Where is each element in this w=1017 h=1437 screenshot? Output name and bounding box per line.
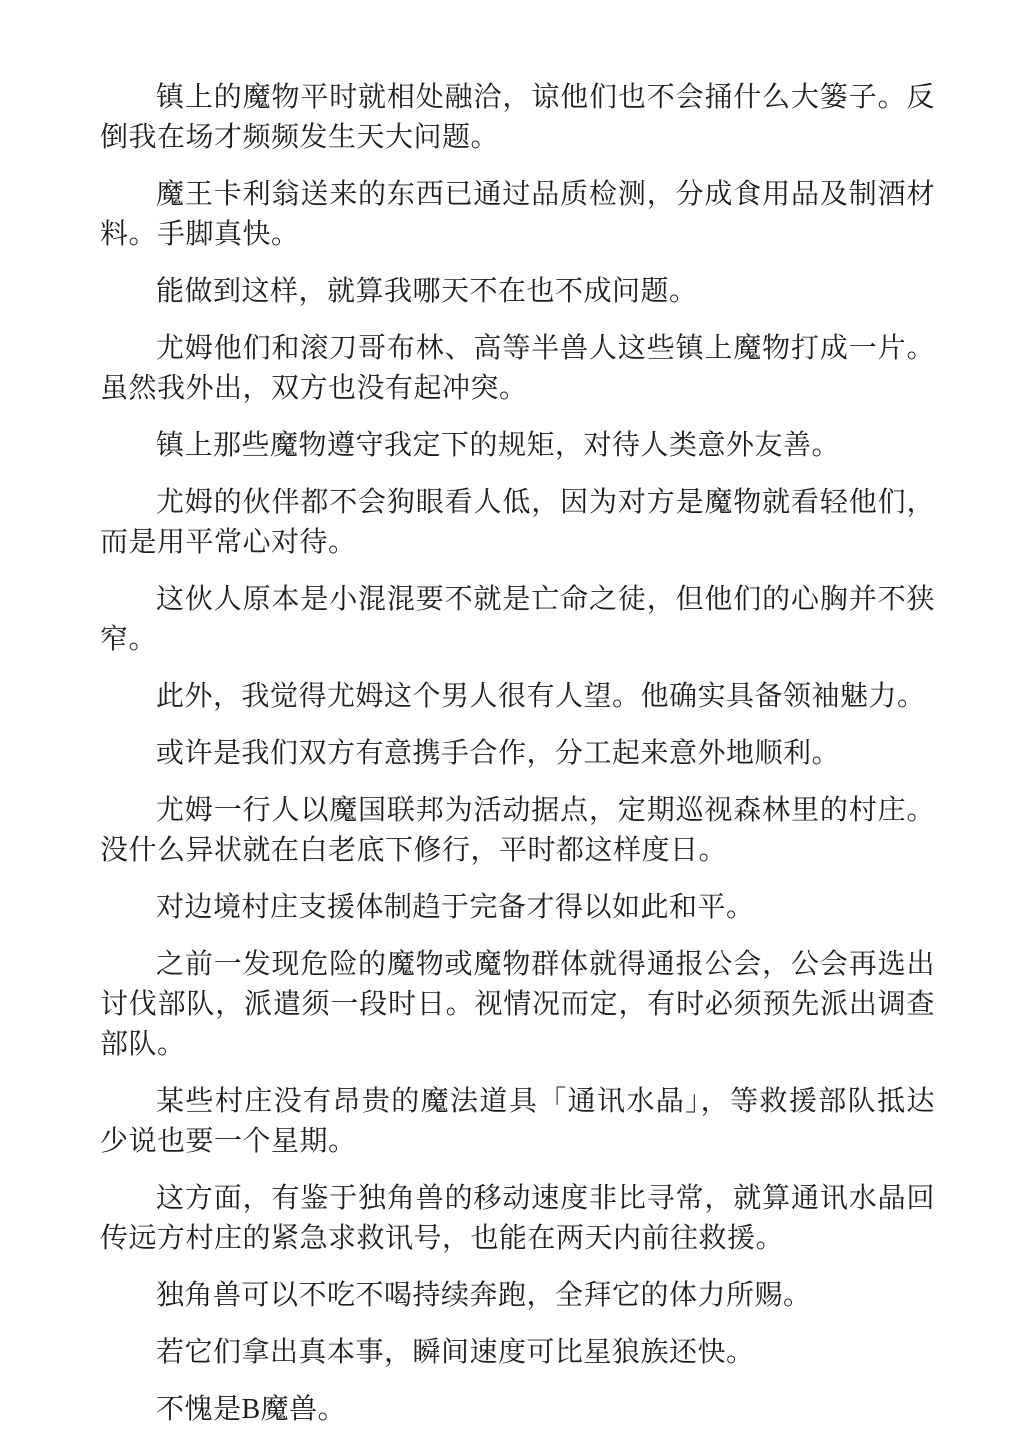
paragraph: 镇上那些魔物遵守我定下的规矩，对待人类意外友善。: [100, 426, 935, 466]
text-content: 镇上的魔物平时就相处融洽，谅他们也不会捅什么大篓子。反倒我在场才频频发生天大问题…: [100, 78, 935, 1430]
paragraph: 此外，我觉得尤姆这个男人很有人望。他确实具备领袖魅力。: [100, 677, 935, 717]
paragraph: 某些村庄没有昂贵的魔法道具「通讯水晶」，等救援部队抵达少说也要一个星期。: [100, 1082, 935, 1162]
paragraph: 尤姆一行人以魔国联邦为活动据点，定期巡视森林里的村庄。没什么异状就在白老底下修行…: [100, 791, 935, 871]
paragraph: 魔王卡利翁送来的东西已通过品质检测，分成食用品及制酒材料。手脚真快。: [100, 175, 935, 255]
paragraph: 尤姆的伙伴都不会狗眼看人低，因为对方是魔物就看轻他们，而是用平常心对待。: [100, 483, 935, 563]
paragraph: 尤姆他们和滚刀哥布林、高等半兽人这些镇上魔物打成一片。虽然我外出，双方也没有起冲…: [100, 329, 935, 409]
paragraph: 这方面，有鉴于独角兽的移动速度非比寻常，就算通讯水晶回传远方村庄的紧急求救讯号，…: [100, 1179, 935, 1259]
paragraph: 能做到这样，就算我哪天不在也不成问题。: [100, 272, 935, 312]
paragraph: 或许是我们双方有意携手合作，分工起来意外地顺利。: [100, 734, 935, 774]
paragraph: 不愧是B魔兽。: [100, 1390, 935, 1430]
paragraph: 这伙人原本是小混混要不就是亡命之徒，但他们的心胸并不狭窄。: [100, 580, 935, 660]
paragraph: 镇上的魔物平时就相处融洽，谅他们也不会捅什么大篓子。反倒我在场才频频发生天大问题…: [100, 78, 935, 158]
paragraph: 若它们拿出真本事，瞬间速度可比星狼族还快。: [100, 1333, 935, 1373]
paragraph: 之前一发现危险的魔物或魔物群体就得通报公会，公会再选出讨伐部队，派遣须一段时日。…: [100, 945, 935, 1065]
book-page: 镇上的魔物平时就相处融洽，谅他们也不会捅什么大篓子。反倒我在场才频频发生天大问题…: [0, 0, 1017, 1437]
paragraph: 独角兽可以不吃不喝持续奔跑，全拜它的体力所赐。: [100, 1276, 935, 1316]
paragraph: 对边境村庄支援体制趋于完备才得以如此和平。: [100, 888, 935, 928]
